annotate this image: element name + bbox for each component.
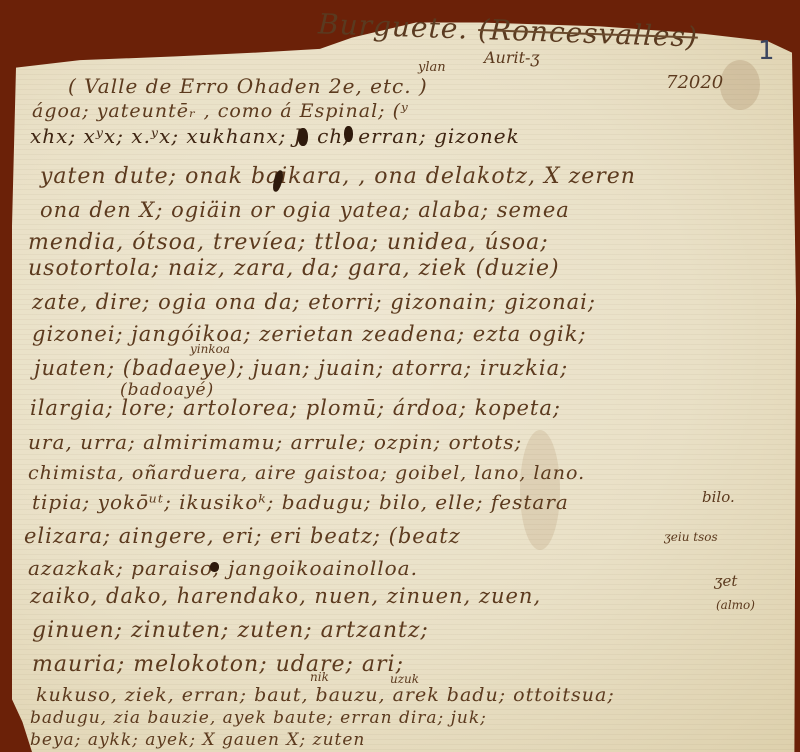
line-tipia: tipia; yokōᵘᵗ; ikusikoᵏ; badugu; bilo, e… <box>32 490 800 514</box>
line-juaten: juaten; (badaeye); juan; juain; atorra; … <box>34 356 800 380</box>
annotation-nik: nik <box>310 670 329 684</box>
line-yaten-dute: yaten dute; onak baikara, , ona delakotz… <box>40 164 800 189</box>
line-zate-dire: zate, dire; ogia ona da; etorri; gizonai… <box>32 290 800 314</box>
line-ginuen: ginuen; zinuten; zuten; artzantz; <box>32 618 800 643</box>
above-title-note: Aurit‑ʒ <box>484 48 540 67</box>
line-ilargia: ilargia; lore; artolorea; plomū; árdoa; … <box>30 396 800 420</box>
ink-blot <box>298 128 308 146</box>
line-usotortola: usotortola; naiz, zara, da; gara, ziek (… <box>28 256 800 281</box>
line-zaiko: zaiko, dako, harendako, nuen, zinuen, zu… <box>30 584 800 608</box>
annotation-beatz: ʒeiu tsos <box>664 530 718 544</box>
line-chimista: chimista, oñarduera, aire gaistoa; goibe… <box>28 462 800 484</box>
line-mendia: mendia, ótsoa, trevíea; ttloa; unidea, ú… <box>28 230 800 255</box>
annotation-bilo: bilo. <box>702 488 735 506</box>
line-badugu: badugu, zia bauzie, ayek baute; erran di… <box>30 708 800 728</box>
line-agoa: ágoa; yateuntēᵣ , como á Espinal; (ʸ <box>32 100 800 122</box>
title-burguete: Burguete. <box>318 7 469 45</box>
page-number: 1 <box>758 36 775 66</box>
annotation-ylan: ylan <box>418 60 446 75</box>
ink-blot <box>210 562 219 572</box>
line-gizonei: gizonei; jangóikoa; zerietan zeadena; ez… <box>32 322 800 346</box>
line-ona-den: ona den X; ogiäin or ogia yatea; alaba; … <box>40 198 800 222</box>
line-valle-de-erro: ( Valle de Erro Ohaden 2e, etc. ) <box>68 74 800 98</box>
line-beya: beya; aykk; ayek; X gauen X; zuten <box>30 730 800 750</box>
line-azazkak: azazkak; paraiso; jangoikoainolloa. <box>28 556 800 580</box>
annotation-yinkoa: yinkoa <box>190 342 230 356</box>
line-ura-urra: ura, urra; almirimamu; arrule; ozpin; or… <box>28 430 800 454</box>
annotation-almo: (almo) <box>716 598 755 612</box>
line-kukuso: kukuso, ziek, erran; baut, bauzu, arek b… <box>36 684 800 706</box>
line-xhx: xhx; xʸx; x.ʸx; xukhanx; J; ch; erran; g… <box>30 124 800 148</box>
ink-blot <box>344 126 353 142</box>
